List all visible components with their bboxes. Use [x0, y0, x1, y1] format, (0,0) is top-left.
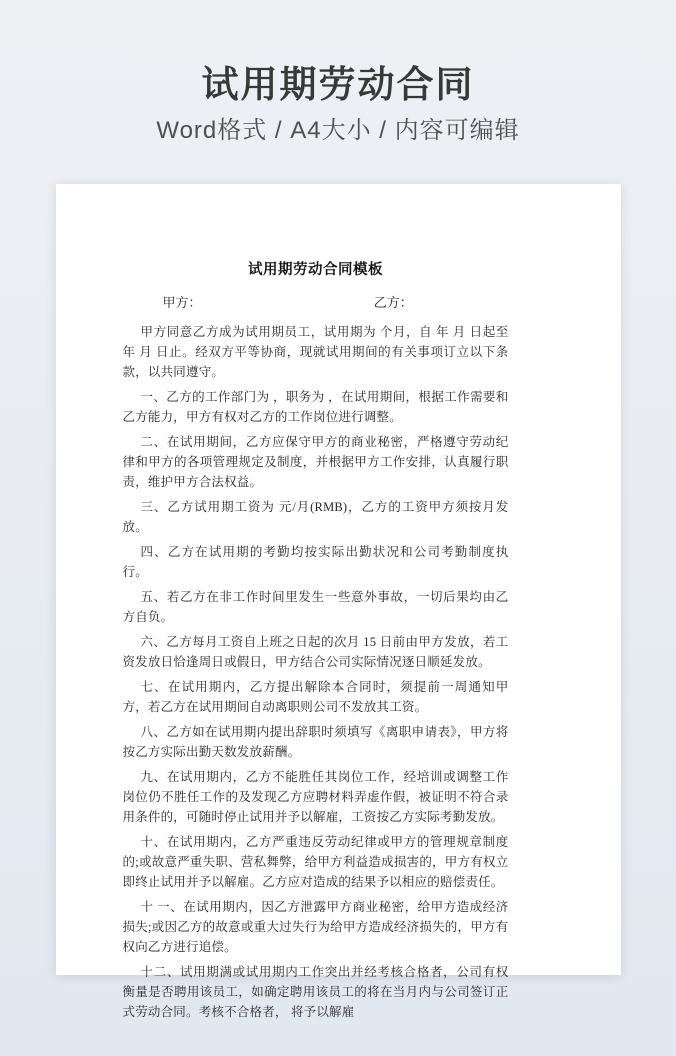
document-paragraph: 九、在试用期内，乙方不能胜任其岗位工作，经培训或调整工作岗位仍不胜任工作的及发现…	[123, 767, 509, 827]
document-paragraph: 六、乙方每月工资自上班之日起的次月 15 日前由甲方发放，若工资发放日恰逢周日或…	[123, 632, 509, 672]
document-paragraph: 三、乙方试用期工资为 元/月(RMB)，乙方的工资甲方须按月发放。	[123, 497, 509, 537]
party-a-label: 甲方：	[163, 295, 202, 310]
document-paragraphs: 甲方同意乙方成为试用期员工，试用期为 个月，自 年 月 日起至 年 月 日止。经…	[123, 322, 509, 1022]
document-paragraph: 五、若乙方在非工作时间里发生一些意外事故，一切后果均由乙方自负。	[123, 587, 509, 627]
document-paragraph: 七、在试用期内，乙方提出解除本合同时，须提前一周通知甲方，若乙方在试用期间自动离…	[123, 677, 509, 717]
party-row: 甲方： 乙方：	[123, 293, 509, 313]
document-paragraph: 十、在试用期内，乙方严重违反劳动纪律或甲方的管理规章制度的;或故意严重失职、营私…	[123, 832, 509, 892]
document-paragraph: 四、乙方在试用期的考勤均按实际出勤状况和公司考勤制度执行。	[123, 542, 509, 582]
document-page: 试用期劳动合同模板 甲方： 乙方： 甲方同意乙方成为试用期员工，试用期为 个月，…	[56, 184, 621, 975]
document-paragraph: 二、在试用期间，乙方应保守甲方的商业秘密，严格遵守劳动纪律和甲方的各项管理规定及…	[123, 432, 509, 492]
document-paragraph: 十 一、在试用期内，因乙方泄露甲方商业秘密，给甲方造成经济损失;或因乙方的故意或…	[123, 897, 509, 957]
document-paragraph: 八、乙方如在试用期内提出辞职时须填写《离职申请表》，甲方将按乙方实际出勤天数发放…	[123, 722, 509, 762]
document-paragraph: 甲方同意乙方成为试用期员工，试用期为 个月，自 年 月 日起至 年 月 日止。经…	[123, 322, 509, 382]
document-title: 试用期劳动合同模板	[123, 260, 509, 280]
document-paragraph: 一、乙方的工作部门为 ，职务为 ，在试用期间，根据工作需要和乙方能力，甲方有权对…	[123, 387, 509, 427]
page-title: 试用期劳动合同	[0, 62, 676, 108]
document-paragraph: 十二、试用期满或试用期内工作突出并经考核合格者，公司有权衡量是否聘用该员工，如确…	[123, 962, 509, 1022]
party-b-label: 乙方：	[374, 295, 413, 310]
page-subtitle: Word格式 / A4大小 / 内容可编辑	[0, 115, 676, 147]
header: 试用期劳动合同 Word格式 / A4大小 / 内容可编辑	[0, 0, 676, 147]
